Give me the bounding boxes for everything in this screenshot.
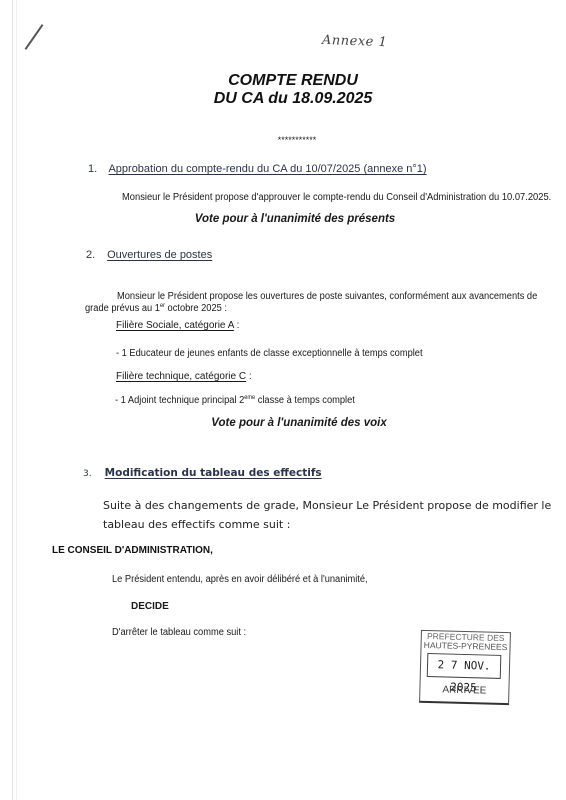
item-text: classe à temps complet <box>255 395 355 406</box>
section-2-vote: Vote pour à l'unanimité des voix <box>16 417 566 429</box>
section-3-heading: 3. Modification du tableau des effectifs <box>83 467 322 479</box>
section-1-vote: Vote pour à l'unanimité des présents <box>12 213 566 225</box>
stamp-status: ARRIVEE <box>420 684 508 697</box>
section-3-paragraph-line1: Suite à des changements de grade, Monsie… <box>103 496 551 515</box>
decision-preamble: Le Président entendu, après en avoir dél… <box>112 574 368 585</box>
section-3-number: 3. <box>83 469 101 479</box>
stamp-line2: HAUTES-PYRENEES <box>421 641 509 652</box>
decision-body: LE CONSEIL D'ADMINISTRATION, <box>52 545 213 556</box>
section-1-number: 1. <box>88 163 106 175</box>
decision-text: D'arrêter le tableau comme suit : <box>112 627 246 638</box>
handwritten-annex-label: Annexe 1 <box>322 33 388 50</box>
group-c-item: - 1 Adjoint technique principal 2ème cla… <box>115 395 355 406</box>
handwritten-slash-mark <box>25 24 44 50</box>
superscript: ème <box>244 395 255 401</box>
group-c-suffix: : <box>246 371 252 382</box>
section-3-paragraph-line2: tableau des effectifs comme suit : <box>103 515 290 534</box>
section-2-heading: 2. Ouvertures de postes <box>86 249 212 261</box>
section-1-paragraph: Monsieur le Président propose d'approuve… <box>122 192 551 203</box>
section-2-paragraph-line1: Monsieur le Président propose les ouvert… <box>117 291 537 302</box>
paragraph-text: octobre 2025 : <box>165 303 227 314</box>
paragraph-text: grade prévus au 1 <box>85 303 160 314</box>
group-a-title: Filière Sociale, catégorie A <box>116 320 234 331</box>
decision-decide: DECIDE <box>131 601 169 612</box>
group-c-label: Filière technique, catégorie C : <box>116 371 252 382</box>
section-3-title: Modification du tableau des effectifs <box>105 467 322 479</box>
separator-stars: *********** <box>0 135 566 145</box>
group-a-item: - 1 Educateur de jeunes enfants de class… <box>116 348 423 359</box>
scan-page-edge-shadow <box>16 0 17 800</box>
prefecture-arrival-stamp: PREFECTURE DES HAUTES-PYRENEES 2 7 NOV. … <box>419 630 511 705</box>
group-a-suffix: : <box>234 320 240 331</box>
section-2-paragraph-line2: grade prévus au 1er octobre 2025 : <box>85 303 227 314</box>
section-1-title: Approbation du compte-rendu du CA du 10/… <box>108 163 426 175</box>
document-title-line2: DU CA du 18.09.2025 <box>10 89 566 108</box>
group-c-title: Filière technique, catégorie C <box>116 371 246 382</box>
section-2-title: Ouvertures de postes <box>107 249 212 261</box>
section-1-heading: 1. Approbation du compte-rendu du CA du … <box>88 163 427 175</box>
document-title-line1: COMPTE RENDU <box>10 71 566 90</box>
stamp-date: 2 7 NOV. 2025 <box>427 653 502 679</box>
section-2-number: 2. <box>86 249 104 261</box>
group-a-label: Filière Sociale, catégorie A : <box>116 320 239 331</box>
item-text: - 1 Adjoint technique principal 2 <box>115 395 244 406</box>
scan-page-edge <box>12 0 13 800</box>
